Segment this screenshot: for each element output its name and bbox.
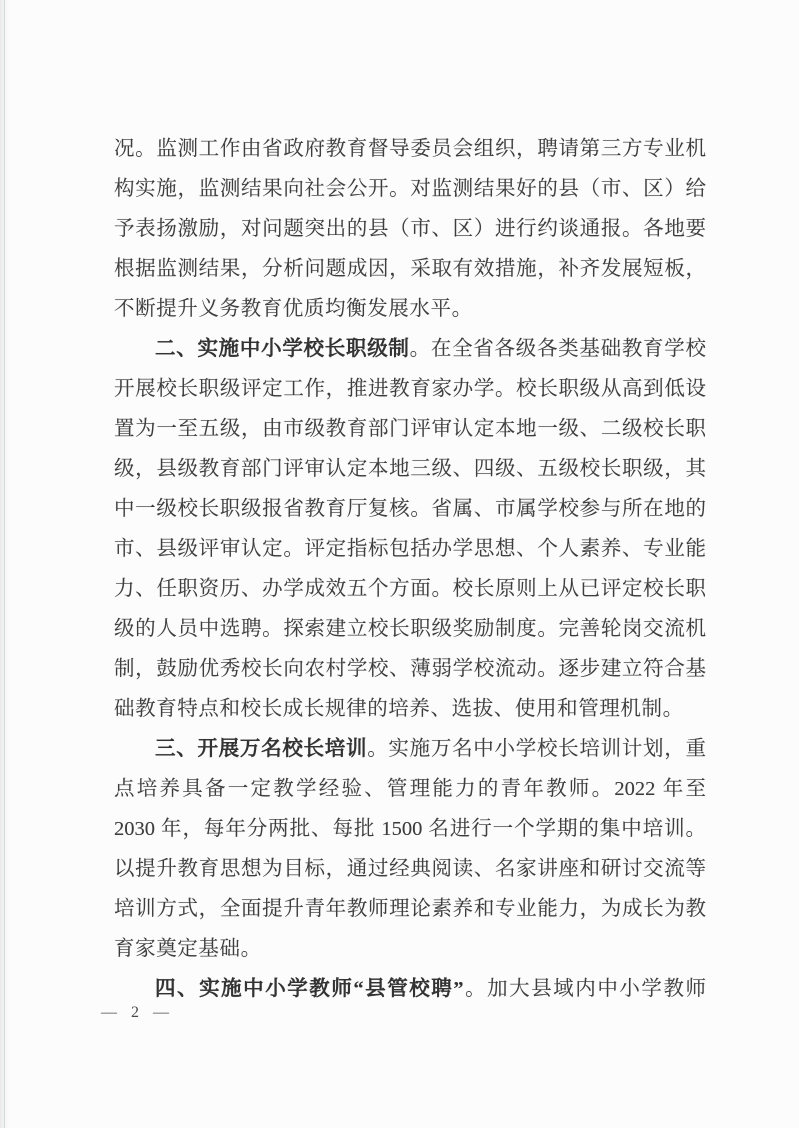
para-principal-rank-system: 二、实施中小学校长职级制。在全省各级各类基础教育学校开展校长职级评定工作，推进教… <box>114 329 706 729</box>
text-line: 以提升教育思想为目标，通过经典阅读、名家讲座和研讨交流等 <box>114 849 706 889</box>
page-number: — 2 — <box>101 1003 174 1023</box>
text-line: 中一级校长职级报省教育厅复核。省属、市属学校参与所在地的 <box>114 489 706 529</box>
text-line: 级的人员中选聘。探索建立校长职级奖励制度。完善轮岗交流机 <box>114 609 706 649</box>
text-line: 级，县级教育部门评审认定本地三级、四级、五级校长职级，其 <box>114 449 706 489</box>
text-line: 础教育特点和校长成长规律的培养、选拔、使用和管理机制。 <box>114 689 706 729</box>
text-line: 力、任职资历、办学成效五个方面。校长原则上从已评定校长职 <box>114 569 706 609</box>
text-line: 不断提升义务教育优质均衡发展水平。 <box>114 289 706 329</box>
text-line: 二、实施中小学校长职级制。在全省各级各类基础教育学校 <box>114 329 706 369</box>
paragraph-heading: 三、开展万名校长培训 <box>155 738 367 760</box>
document-page: 况。监测工作由省政府教育督导委员会组织，聘请第三方专业机构实施，监测结果向社会公… <box>0 0 799 1128</box>
text-line: 三、开展万名校长培训。实施万名中小学校长培训计划，重 <box>114 729 706 769</box>
text-line: 予表扬激励，对问题突出的县（市、区）进行约谈通报。各地要 <box>114 209 706 249</box>
text-line: 置为一至五级，由市级教育部门评审认定本地一级、二级校长职 <box>114 409 706 449</box>
scan-edge-artifact <box>0 0 10 1128</box>
text-line: 构实施，监测结果向社会公开。对监测结果好的县（市、区）给 <box>114 169 706 209</box>
text-line: 市、县级评审认定。评定指标包括办学思想、个人素养、专业能 <box>114 529 706 569</box>
text-line: 况。监测工作由省政府教育督导委员会组织，聘请第三方专业机 <box>114 129 706 169</box>
text-line: 四、实施中小学教师“县管校聘”。加大县域内中小学教师 <box>114 969 706 1009</box>
text-line: 育家奠定基础。 <box>114 929 706 969</box>
text-line: 点培养具备一定教学经验、管理能力的青年教师。2022 年至 <box>114 769 706 809</box>
para-county-managed-school-hiring: 四、实施中小学教师“县管校聘”。加大县域内中小学教师 <box>114 969 706 1009</box>
paragraph-heading: 四、实施中小学教师“县管校聘” <box>155 978 464 1000</box>
paragraph-heading: 二、实施中小学校长职级制 <box>155 338 410 360</box>
para-monitoring-continued: 况。监测工作由省政府教育督导委员会组织，聘请第三方专业机构实施，监测结果向社会公… <box>114 129 706 329</box>
text-line: 培训方式，全面提升青年教师理论素养和专业能力，为成长为教 <box>114 889 706 929</box>
para-principal-training: 三、开展万名校长培训。实施万名中小学校长培训计划，重点培养具备一定教学经验、管理… <box>114 729 706 969</box>
text-line: 根据监测结果，分析问题成因，采取有效措施，补齐发展短板， <box>114 249 706 289</box>
document-body: 况。监测工作由省政府教育督导委员会组织，聘请第三方专业机构实施，监测结果向社会公… <box>114 129 706 1009</box>
text-line: 制，鼓励优秀校长向农村学校、薄弱学校流动。逐步建立符合基 <box>114 649 706 689</box>
text-line: 2030 年，每年分两批、每批 1500 名进行一个学期的集中培训。 <box>114 809 706 849</box>
text-line: 开展校长职级评定工作，推进教育家办学。校长职级从高到低设 <box>114 369 706 409</box>
